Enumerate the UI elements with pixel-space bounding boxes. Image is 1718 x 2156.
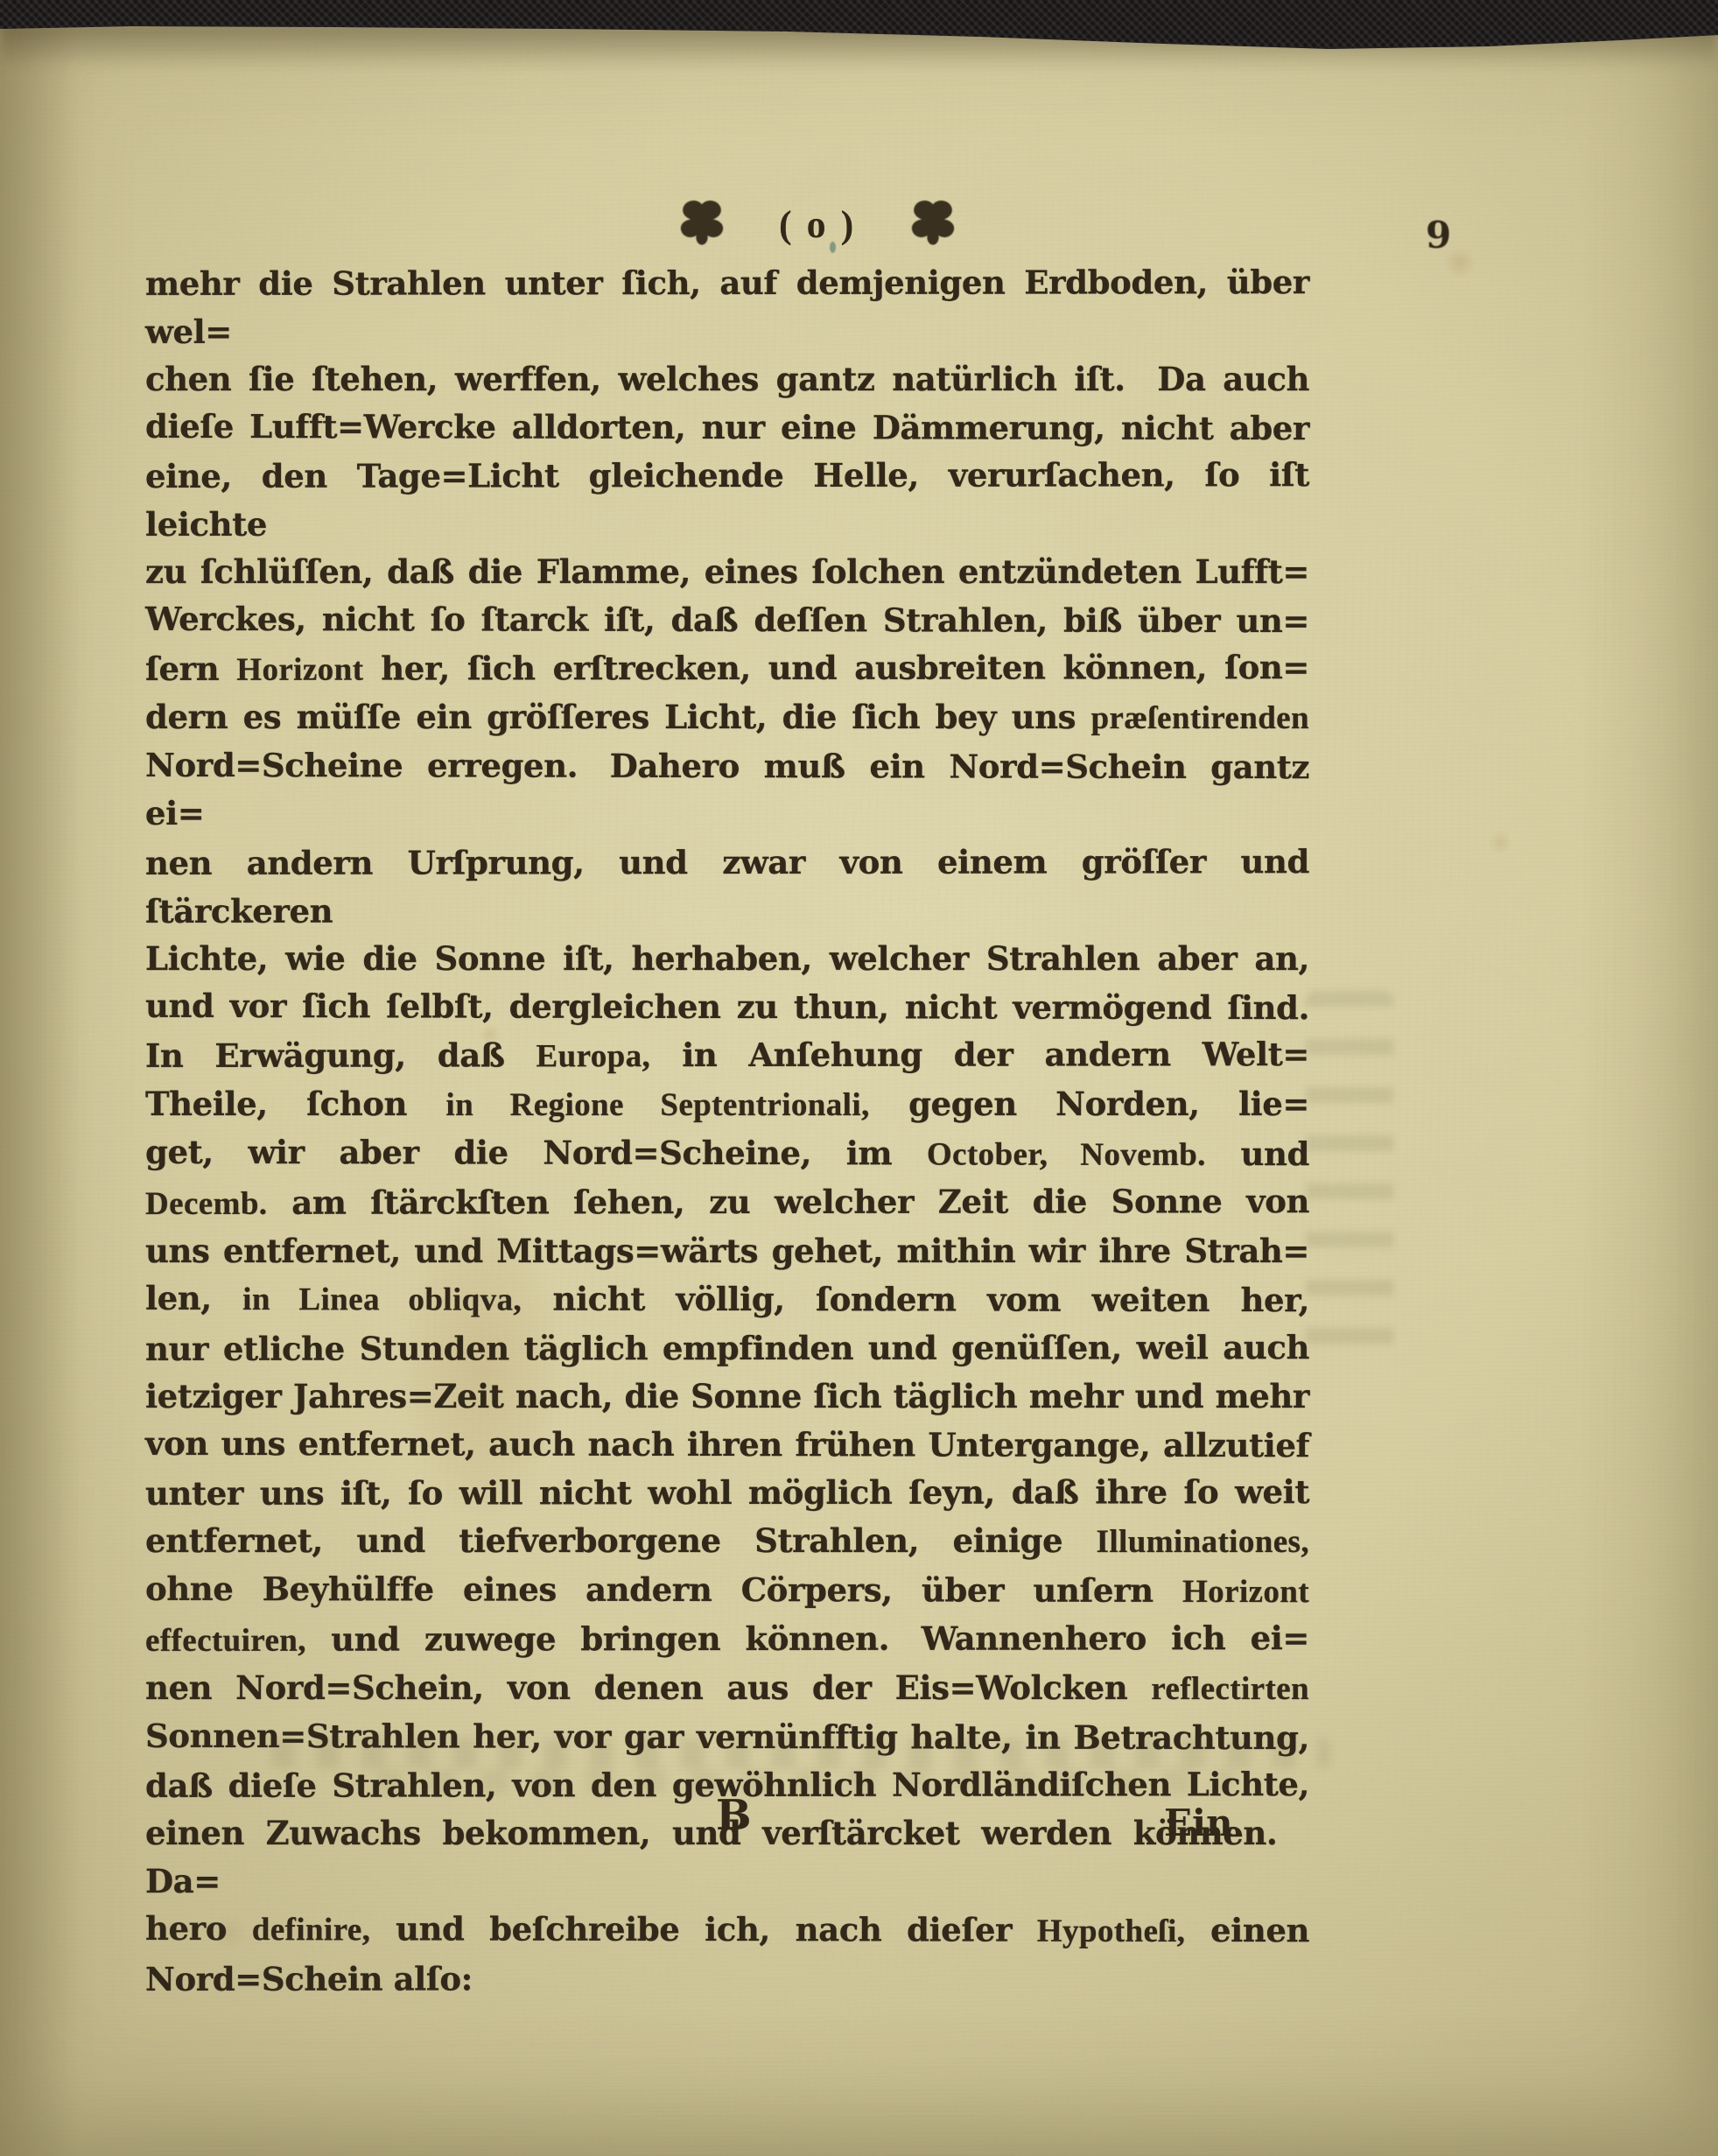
antiqua-text-segment: Illuminationes, <box>1097 1524 1309 1560</box>
body-text-block: mehr die Strahlen unter ſich, auf demjen… <box>145 259 1309 2003</box>
antiqua-text-segment: Decemb. <box>145 1186 267 1222</box>
text-line-14: Theile, ſchon in Regione Septentrionali,… <box>145 1080 1309 1129</box>
fraktur-text-segment: gegen Norden, lie= <box>870 1085 1309 1123</box>
fraktur-text-segment: am ſtärckſten ſehen, zu welcher Zeit die… <box>267 1182 1309 1222</box>
text-line-26: nen Nord=Schein, von denen aus der Eis=W… <box>145 1664 1309 1713</box>
text-line-25: effectuiren, und zuwege bringen können. … <box>145 1614 1309 1665</box>
text-line-3: dieſe Lufft=Wercke alldorten, nur eine D… <box>145 403 1309 453</box>
text-line-23: entfernet, und tiefverborgene Strahlen, … <box>145 1517 1309 1566</box>
text-line-24: ohne Beyhülffe eines andern Cörpers, übe… <box>145 1565 1309 1616</box>
antiqua-text-segment: Europa, <box>536 1038 651 1074</box>
text-line-1: mehr die Strahlen unter ſich, auf demjen… <box>145 258 1309 356</box>
fraktur-text-segment: und vor ſich ſelbſt, dergleichen zu thun… <box>145 987 1309 1027</box>
antiqua-text-segment: in Linea obliqva, <box>242 1282 522 1318</box>
antiqua-text-segment: reflectirten <box>1151 1671 1309 1707</box>
text-line-30: hero definire, und beſchreibe ich, nach … <box>145 1905 1309 1956</box>
page-header: ( o ) <box>672 196 963 252</box>
fraktur-text-segment: Sonnen=Strahlen her, vor gar vernünfftig… <box>145 1717 1309 1757</box>
text-line-20: ietziger Jahres=Zeit nach, die Sonne ſic… <box>145 1373 1309 1421</box>
text-line-21: von uns entfernet, auch nach ihren frühe… <box>145 1420 1309 1470</box>
text-line-31: Nord=Schein alſo: <box>145 1954 1309 2004</box>
text-line-5: zu ſchlüſſen, daß die Flamme, eines ſolc… <box>145 548 1309 596</box>
text-line-4: eine, den Tage=Licht gleichende Helle, v… <box>145 451 1309 549</box>
text-line-12: und vor ſich ſelbſt, dergleichen zu thun… <box>145 982 1309 1032</box>
fraktur-text-segment: zu ſchlüſſen, daß die Flamme, eines ſolc… <box>145 552 1309 591</box>
fraktur-text-segment: eine, den Tage=Licht gleichende Helle, v… <box>145 455 1309 544</box>
text-line-6: Werckes, nicht ſo ſtarck iſt, daß deſſen… <box>145 595 1309 645</box>
fraktur-text-segment: unter uns iſt, ſo will nicht wohl möglic… <box>145 1472 1309 1513</box>
fraktur-text-segment: nur etliche Stunden täglich empfinden un… <box>145 1328 1309 1368</box>
fraktur-text-segment: Werckes, nicht ſo ſtarck iſt, daß deſſen… <box>145 600 1309 640</box>
antiqua-text-segment: in Regione Septentrionali, <box>445 1087 869 1123</box>
text-line-18: len, in Linea obliqva, nicht völlig, ſon… <box>145 1275 1309 1325</box>
fraktur-text-segment: ohne Beyhülffe eines andern Cörpers, übe… <box>145 1570 1182 1610</box>
text-line-19: nur etliche Stunden täglich empfinden un… <box>145 1324 1309 1373</box>
fraktur-text-segment: hero <box>145 1909 252 1948</box>
antiqua-text-segment: præſentirenden <box>1090 700 1309 736</box>
text-line-15: get, wir aber die Nord=Scheine, im Octob… <box>145 1128 1309 1179</box>
antiqua-text-segment: definire, <box>252 1912 371 1948</box>
header-ornament-text: ( o ) <box>779 202 856 247</box>
fraktur-text-segment: Nord=Scheine erregen. Dahero muß ein Nor… <box>145 746 1309 832</box>
fraktur-text-segment: Lichte, wie die Sonne iſt, herhaben, wel… <box>145 939 1309 978</box>
antiqua-text-segment: Horizont <box>1182 1574 1309 1610</box>
text-line-10: nen andern Urſprung, und zwar von einem … <box>145 838 1309 936</box>
catchword: Ein <box>1164 1801 1233 1844</box>
fraktur-text-segment: uns entfernet, und Mittags=wärts gehet, … <box>145 1232 1309 1270</box>
text-line-8: dern es müſſe ein gröſſeres Licht, die ſ… <box>145 693 1309 742</box>
antiqua-text-segment: Hypotheſi, <box>1037 1914 1186 1949</box>
text-line-7: ſern Horizont her, ſich erſtrecken, und … <box>145 643 1309 694</box>
text-line-2: chen ſie ſtehen, werffen, welches gantz … <box>145 355 1309 404</box>
scanned-book-page: ( o ) 9 mehr die Strahlen unter ſich, au… <box>0 0 1718 2156</box>
text-line-17: uns entfernet, und Mittags=wärts gehet, … <box>145 1227 1309 1275</box>
fraktur-text-segment: nen andern Urſprung, und zwar von einem … <box>145 842 1309 931</box>
fraktur-text-segment: ietziger Jahres=Zeit nach, die Sonne ſic… <box>145 1377 1309 1415</box>
fraktur-text-segment: In Erwägung, daß <box>145 1036 536 1075</box>
fraktur-text-segment: und beſchreibe ich, nach dieſer <box>370 1909 1037 1949</box>
fraktur-text-segment: Theile, ſchon <box>145 1085 445 1123</box>
fraktur-text-segment: dieſe Lufft=Wercke alldorten, nur eine D… <box>145 407 1309 447</box>
text-line-13: In Erwägung, daß Europa, in Anſehung der… <box>145 1030 1309 1081</box>
fraktur-text-segment: von uns entfernet, auch nach ihren frühe… <box>145 1424 1309 1464</box>
fraktur-text-segment: nen Nord=Schein, von denen aus der Eis=W… <box>145 1668 1151 1707</box>
fraktur-text-segment: chen ſie ſtehen, werffen, welches gantz … <box>145 360 1309 398</box>
fraktur-text-segment: und zuwege bringen können. Wannenhero ic… <box>306 1619 1309 1659</box>
fleuron-ornament-icon <box>903 200 963 249</box>
fraktur-text-segment: Nord=Schein alſo: <box>145 1959 473 1998</box>
text-line-27: Sonnen=Strahlen her, vor gar vernünfftig… <box>145 1712 1309 1762</box>
antiqua-text-segment: effectuiren, <box>145 1623 306 1659</box>
fraktur-text-segment: in Anſehung der andern Welt= <box>650 1035 1309 1074</box>
fraktur-text-segment: get, wir aber die Nord=Scheine, im <box>145 1133 927 1173</box>
fraktur-text-segment: ſern <box>145 650 236 688</box>
fraktur-text-segment: len, <box>145 1279 242 1317</box>
signature-mark: B <box>716 1791 752 1840</box>
page-number: 9 <box>1426 214 1451 256</box>
text-line-9: Nord=Scheine erregen. Dahero muß ein Nor… <box>145 741 1309 839</box>
text-line-11: Lichte, wie die Sonne iſt, herhaben, wel… <box>145 935 1309 983</box>
paper-left-edge-shadow <box>0 0 79 2156</box>
fraktur-text-segment: nicht völlig, ſondern vom weiten her, <box>522 1280 1309 1320</box>
text-line-22: unter uns iſt, ſo will nicht wohl möglic… <box>145 1468 1309 1518</box>
fraktur-text-segment: einen <box>1185 1911 1309 1949</box>
fraktur-text-segment: mehr die Strahlen unter ſich, auf demjen… <box>145 263 1309 351</box>
fleuron-ornament-icon <box>672 200 732 249</box>
text-line-16: Decemb. am ſtärckſten ſehen, zu welcher … <box>145 1177 1309 1228</box>
fraktur-text-segment: dern es müſſe ein gröſſeres Licht, die ſ… <box>145 698 1090 736</box>
antiqua-text-segment: October, Novemb. <box>927 1136 1206 1173</box>
fraktur-text-segment: und <box>1206 1134 1309 1173</box>
fraktur-text-segment: entfernet, und tiefverborgene Strahlen, … <box>145 1521 1097 1560</box>
show-through-smudge-column <box>1306 991 1393 1376</box>
fraktur-text-segment: her, ſich erſtrecken, und ausbreiten kön… <box>363 648 1309 688</box>
antiqua-text-segment: Horizont <box>236 652 363 688</box>
